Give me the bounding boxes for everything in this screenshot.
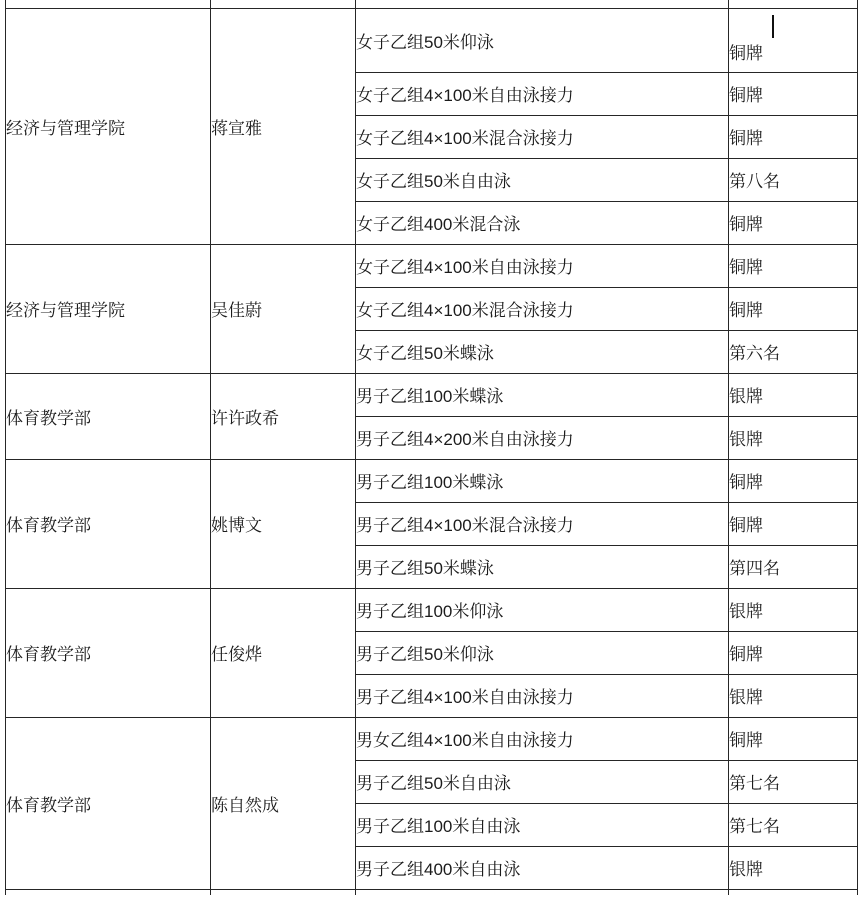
college-cell[interactable]: 体育教学部 (6, 588, 211, 717)
award-cell[interactable]: 铜牌 (729, 201, 858, 244)
award-cell[interactable]: 铜牌 (729, 8, 858, 72)
event-cell[interactable]: 女子乙组4×100米自由泳接力 (356, 244, 729, 287)
awards-table: 经济与管理学院 蒋宣雅 女子乙组50米仰泳 铜牌 女子乙组4×100米自由泳接力… (5, 0, 858, 895)
event-cell[interactable]: 男子乙组400米自由泳 (356, 846, 729, 889)
table-row: 经济与管理学院 吴佳蔚 女子乙组4×100米自由泳接力 铜牌 (6, 244, 858, 287)
award-cell[interactable]: 铜牌 (729, 72, 858, 115)
award-cell[interactable] (729, 889, 858, 895)
college-cell[interactable]: 体育教学部 (6, 717, 211, 889)
event-cell[interactable]: 男子乙组50米仰泳 (356, 631, 729, 674)
name-cell[interactable]: 蒋宣雅 (211, 8, 356, 244)
award-cell[interactable]: 第六名 (729, 330, 858, 373)
award-cell[interactable]: 银牌 (729, 674, 858, 717)
name-cell[interactable]: 陈自然成 (211, 717, 356, 889)
award-cell[interactable]: 铜牌 (729, 244, 858, 287)
award-cell[interactable]: 银牌 (729, 846, 858, 889)
award-cell[interactable]: 银牌 (729, 416, 858, 459)
award-text: 铜牌 (729, 40, 857, 67)
document-page: 经济与管理学院 蒋宣雅 女子乙组50米仰泳 铜牌 女子乙组4×100米自由泳接力… (0, 0, 864, 897)
college-cell[interactable] (6, 889, 211, 895)
college-cell[interactable]: 体育教学部 (6, 459, 211, 588)
event-cell[interactable] (356, 889, 729, 895)
table-row: 体育教学部 陈自然成 男女乙组4×100米自由泳接力 铜牌 (6, 717, 858, 760)
name-cell[interactable] (211, 0, 356, 8)
event-cell[interactable]: 女子乙组50米自由泳 (356, 158, 729, 201)
event-cell[interactable]: 男子乙组50米蝶泳 (356, 545, 729, 588)
table-row: 体育教学部 许许政希 男子乙组100米蝶泳 银牌 (6, 373, 858, 416)
award-cell[interactable]: 银牌 (729, 588, 858, 631)
award-cell[interactable]: 银牌 (729, 373, 858, 416)
award-cell[interactable]: 铜牌 (729, 287, 858, 330)
name-cell[interactable]: 许许政希 (211, 373, 356, 459)
event-cell[interactable]: 女子乙组4×100米混合泳接力 (356, 115, 729, 158)
college-cell[interactable]: 体育教学部 (6, 373, 211, 459)
award-cell[interactable]: 第四名 (729, 545, 858, 588)
event-cell[interactable]: 男女乙组4×100米自由泳接力 (356, 717, 729, 760)
partial-row-top (6, 0, 858, 8)
college-cell[interactable] (6, 0, 211, 8)
event-cell[interactable]: 男子乙组100米仰泳 (356, 588, 729, 631)
event-cell[interactable]: 男子乙组4×100米自由泳接力 (356, 674, 729, 717)
event-cell[interactable]: 男子乙组50米自由泳 (356, 760, 729, 803)
award-cell[interactable]: 铜牌 (729, 717, 858, 760)
award-cell[interactable]: 第七名 (729, 760, 858, 803)
event-cell[interactable]: 女子乙组4×100米混合泳接力 (356, 287, 729, 330)
event-cell[interactable]: 男子乙组4×200米自由泳接力 (356, 416, 729, 459)
college-cell[interactable]: 经济与管理学院 (6, 8, 211, 244)
award-cell[interactable]: 铜牌 (729, 502, 858, 545)
caret-line (729, 13, 857, 40)
award-cell[interactable]: 铜牌 (729, 459, 858, 502)
event-cell[interactable]: 男子乙组100米蝶泳 (356, 373, 729, 416)
name-cell[interactable] (211, 889, 356, 895)
table-row: 经济与管理学院 蒋宣雅 女子乙组50米仰泳 铜牌 (6, 8, 858, 72)
table-row: 体育教学部 姚博文 男子乙组100米蝶泳 铜牌 (6, 459, 858, 502)
event-cell[interactable]: 男子乙组100米蝶泳 (356, 459, 729, 502)
event-cell[interactable]: 女子乙组50米蝶泳 (356, 330, 729, 373)
name-cell[interactable]: 任俊烨 (211, 588, 356, 717)
event-cell[interactable]: 女子乙组400米混合泳 (356, 201, 729, 244)
award-cell[interactable]: 铜牌 (729, 115, 858, 158)
college-cell[interactable]: 经济与管理学院 (6, 244, 211, 373)
award-cell[interactable]: 第八名 (729, 158, 858, 201)
event-cell[interactable]: 女子乙组50米仰泳 (356, 8, 729, 72)
award-cell[interactable]: 铜牌 (729, 631, 858, 674)
event-cell[interactable]: 男子乙组100米自由泳 (356, 803, 729, 846)
name-cell[interactable]: 吴佳蔚 (211, 244, 356, 373)
award-cell[interactable] (729, 0, 858, 8)
name-cell[interactable]: 姚博文 (211, 459, 356, 588)
event-cell[interactable]: 男子乙组4×100米混合泳接力 (356, 502, 729, 545)
text-cursor-caret (772, 15, 774, 38)
table-row: 体育教学部 任俊烨 男子乙组100米仰泳 银牌 (6, 588, 858, 631)
event-cell[interactable] (356, 0, 729, 8)
award-cell[interactable]: 第七名 (729, 803, 858, 846)
partial-row-bottom (6, 889, 858, 895)
event-cell[interactable]: 女子乙组4×100米自由泳接力 (356, 72, 729, 115)
